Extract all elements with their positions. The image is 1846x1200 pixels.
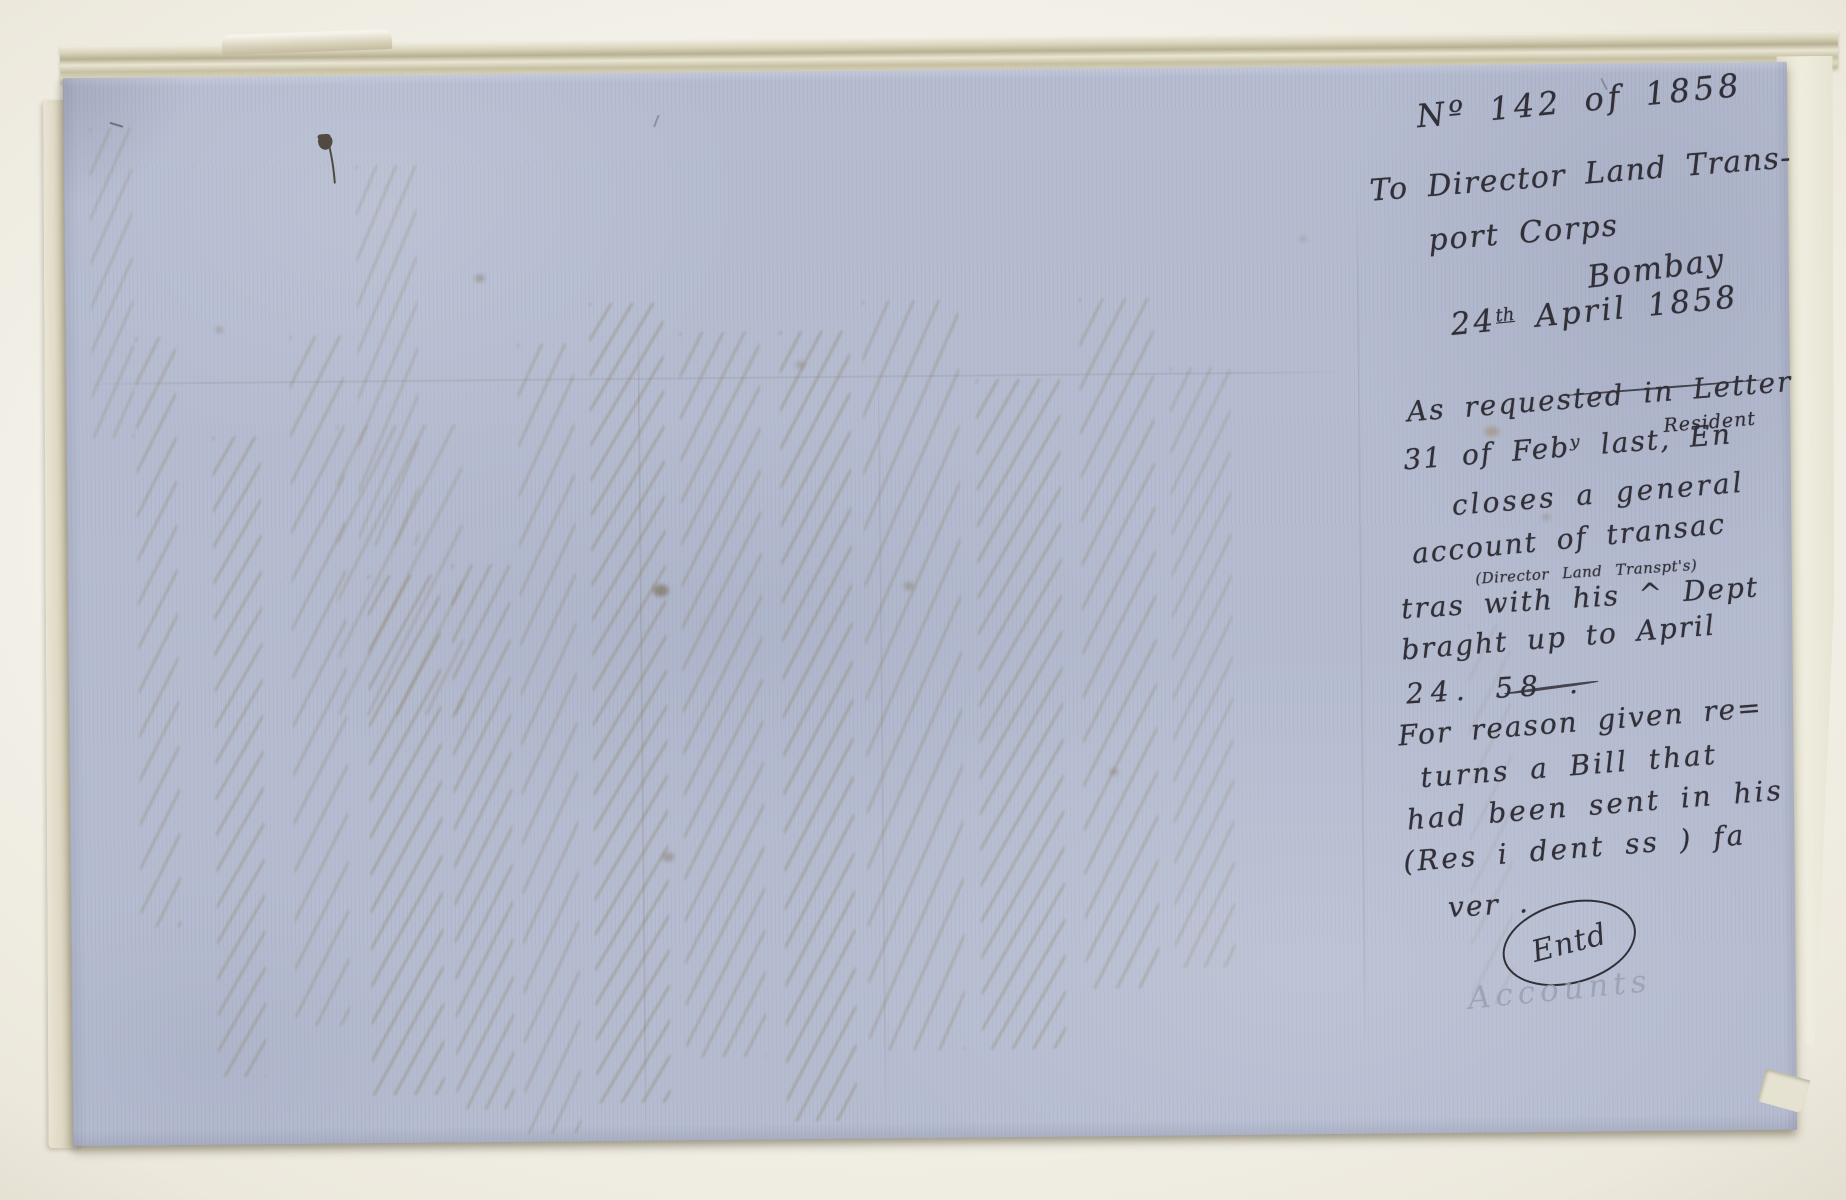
bleedthrough-writing [976,379,1066,1050]
address-line-1: To Director Land Trans- [1368,140,1793,208]
reference-number: Nº 142 of 1858 [1415,66,1744,135]
pencil-annotation: Accounts [1466,963,1653,1017]
bleedthrough-writing [336,424,464,715]
endorsement-text: Entd [1528,916,1611,969]
document-scan: Nº 142 of 1858 To Director Land Trans- p… [0,0,1846,1200]
body-line-12: ver . [1447,886,1530,924]
ink-blot-mark [309,132,344,191]
body-line-7: 24. 58 . [1405,666,1586,710]
vertical-crease [1356,186,1366,1056]
stain [653,585,669,597]
stray-mark [109,122,123,128]
bleedthrough-writing [135,337,181,927]
bleedthrough-writing [1079,298,1160,989]
bleedthrough-writing [589,303,671,1104]
bleedthrough-writing [779,331,857,1122]
bleedthrough-writing [1170,367,1236,968]
bleedthrough-writing [452,564,515,1110]
stain [1110,768,1119,775]
torn-corner-notch [1757,1068,1810,1113]
bleedthrough-writing [212,436,266,1076]
bleedthrough-writing [89,128,134,438]
stain [796,361,805,368]
stain [215,327,223,333]
vertical-crease [878,360,887,1130]
date-day: 24 [1449,303,1498,343]
bleedthrough-writing [289,336,350,1026]
bleedthrough-writing [517,343,581,1134]
letter-sheet: Nº 142 of 1858 To Director Land Trans- p… [63,62,1797,1146]
bleedthrough-writing [679,332,766,1058]
vertical-crease [637,303,647,1143]
bleedthrough-writing [862,300,965,1051]
date-ordinal: th [1495,304,1516,327]
stray-mark [653,115,660,128]
stain [475,274,485,282]
bleedthrough-writing [356,165,420,546]
bleedthrough-writing [368,575,445,1096]
stain [1299,236,1306,241]
stain [662,852,674,861]
address-line-2: port Corps [1427,208,1620,258]
stain [1542,514,1550,520]
stain [904,582,914,590]
horizontal-crease [76,371,1346,385]
body-line-2: 31 of Febʸ last, En [1402,417,1733,476]
